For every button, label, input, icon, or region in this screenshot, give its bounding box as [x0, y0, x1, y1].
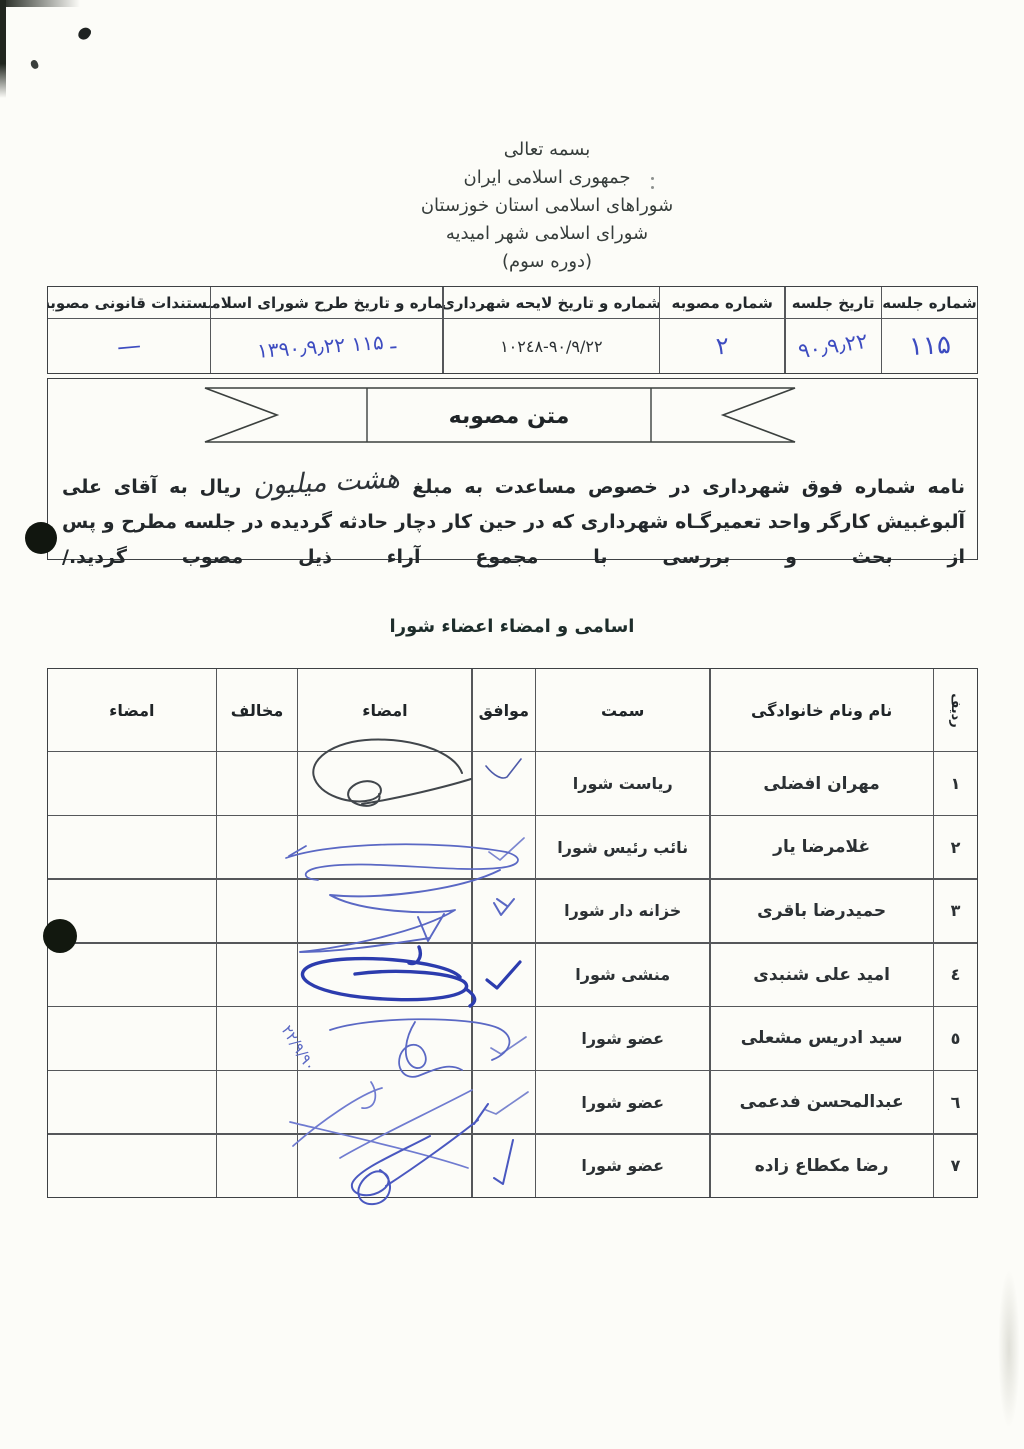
meta-value-text: ۱۳۹۰٫۹٫۲۲ ـ ۱۱۵ [257, 329, 397, 363]
members-table-title: اسامی و امضاء اعضاء شورا [0, 616, 1024, 637]
header-label: نام ونام خانوادگی [751, 701, 892, 720]
member-row-7-no: ۷ [934, 1135, 977, 1197]
member-row-4-sign [298, 944, 471, 1006]
member-row-6-name: عبدالمحسن فدعمی [711, 1071, 933, 1133]
members-header-vote: موافق [473, 669, 535, 751]
members-header-role: سمت [536, 669, 709, 751]
meta-header-0: شماره جلسه [882, 287, 977, 318]
member-row-3-name: حمیدرضا باقری [711, 880, 933, 942]
members-header-name: نام ونام خانوادگی [711, 669, 933, 751]
member-row-2-name: غلامرضا یار [711, 816, 933, 878]
member-row-6-no: ٦ [934, 1071, 977, 1133]
scan-speck [76, 25, 92, 42]
resolution-text: نامه شماره فوق شهرداری در خصوص مساعدت به… [62, 467, 965, 575]
letterhead-line-councils: شوراهای اسلامی استان خوزستان [292, 192, 802, 220]
meta-header-1: تاریخ جلسه [786, 287, 881, 318]
member-row-3-role: خزانه دار شورا [536, 880, 709, 942]
header-label: امضاء [109, 701, 154, 720]
meta-value-3: ٩٠/٩/٢٢-١٠٢٤٨ [444, 319, 659, 373]
meta-header-3: شماره و تاریخ لایحه شهرداری [444, 287, 659, 318]
members-header-oppose-sign: امضاء [48, 669, 216, 751]
member-row-3-oppose [217, 880, 297, 942]
member-row-7-role: عضو شورا [536, 1135, 709, 1197]
meta-value-text: ۱۱۵ [908, 330, 951, 362]
member-row-3-sign [298, 880, 471, 942]
member-row-7-vote [473, 1135, 535, 1197]
member-row-7-oppose-sign [48, 1135, 216, 1197]
member-row-2-oppose-sign [48, 816, 216, 878]
members-table: ردیفنام ونام خانوادگیسمتموافقامضاءمخالفا… [47, 668, 978, 1198]
member-row-3-vote [473, 880, 535, 942]
header-label: ردیف [948, 693, 963, 728]
member-row-5-role: عضو شورا [536, 1007, 709, 1069]
resolution-text-before: نامه شماره فوق شهرداری در خصوص مساعدت به… [412, 476, 965, 498]
member-row-5-name: سید ادریس مشعلی [711, 1007, 933, 1069]
meta-value-text: ٩٠/٩/٢٢-١٠٢٤٨ [500, 337, 603, 356]
meta-value-2: ۲ [660, 319, 784, 373]
member-row-4-no: ٤ [934, 944, 977, 1006]
header-label: امضاء [362, 701, 407, 720]
member-row-4-role: منشی شورا [536, 944, 709, 1006]
member-row-1-sign [298, 752, 471, 814]
handwritten-amount: هشت میلیون [240, 461, 413, 505]
member-row-6-sign [298, 1071, 471, 1133]
member-row-4-vote [473, 944, 535, 1006]
member-row-7-oppose [217, 1135, 297, 1197]
letterhead-line-basmala: بسمه تعالی [292, 136, 802, 164]
letterhead-line-city: شورای اسلامی شهر امیدیه [292, 220, 802, 248]
member-row-2-no: ۲ [934, 816, 977, 878]
member-row-4-oppose-sign [48, 944, 216, 1006]
member-row-3-oppose-sign [48, 880, 216, 942]
member-row-6-vote [473, 1071, 535, 1133]
scan-edge-top [0, 0, 80, 7]
member-row-4-oppose [217, 944, 297, 1006]
header-label: سمت [601, 701, 644, 720]
member-row-5-oppose-sign [48, 1007, 216, 1069]
meta-header-4: شماره و تاریخ طرح شورای اسلامی [211, 287, 442, 318]
member-row-5-sign [298, 1007, 471, 1069]
member-row-3-no: ۳ [934, 880, 977, 942]
member-row-2-oppose [217, 816, 297, 878]
letterhead-line-term: (دوره سوم) [292, 248, 802, 276]
member-row-4-name: امید علی شنبدی [711, 944, 933, 1006]
member-row-2-role: نائب رئیس شورا [536, 816, 709, 878]
member-row-1-no: ۱ [934, 752, 977, 814]
letterhead-line-republic: جمهوری اسلامی ایران [292, 164, 802, 192]
meta-header-2: شماره مصوبه [660, 287, 784, 318]
members-header-sign: امضاء [298, 669, 471, 751]
members-header-oppose: مخالف [217, 669, 297, 751]
resolution-text-box: متن مصوبه نامه شماره فوق شهرداری در خصوص… [47, 378, 978, 560]
member-row-6-oppose [217, 1071, 297, 1133]
meta-value-4: ۱۳۹۰٫۹٫۲۲ ـ ۱۱۵ [211, 319, 442, 373]
resolution-banner-title: متن مصوبه [449, 404, 570, 429]
meta-value-text: ۲ [715, 332, 730, 361]
member-row-5-no: ٥ [934, 1007, 977, 1069]
member-row-6-oppose-sign [48, 1071, 216, 1133]
member-row-1-role: ریاست شورا [536, 752, 709, 814]
scan-speck [30, 59, 40, 70]
member-row-2-sign [298, 816, 471, 878]
scanned-document-page: بسمه تعالی جمهوری اسلامی ایران شوراهای ا… [0, 0, 1024, 1449]
header-label: مخالف [231, 701, 284, 720]
document-letterhead: بسمه تعالی جمهوری اسلامی ایران شوراهای ا… [292, 136, 802, 276]
scan-smudge [998, 1269, 1020, 1429]
member-row-6-role: عضو شورا [536, 1071, 709, 1133]
meta-value-0: ۱۱۵ [882, 319, 977, 373]
meta-value-text: — [116, 331, 142, 361]
member-row-1-oppose [217, 752, 297, 814]
members-header-no: ردیف [934, 669, 977, 751]
member-row-1-name: مهران افضلی [711, 752, 933, 814]
member-row-5-vote [473, 1007, 535, 1069]
meta-value-5: — [48, 319, 210, 373]
member-row-1-vote [473, 752, 535, 814]
member-row-1-oppose-sign [48, 752, 216, 814]
meta-header-5: مستندات قانونی مصوبه [48, 287, 210, 318]
meta-table: شماره جلسهتاریخ جلسهشماره مصوبهشماره و ت… [47, 286, 978, 374]
member-row-2-vote [473, 816, 535, 878]
resolution-banner-ribbon: متن مصوبه [204, 385, 796, 445]
meta-value-text: ۹۰٫۹٫۲۲ [797, 329, 870, 364]
member-row-7-name: رضا مکطاع زاده [711, 1135, 933, 1197]
scan-edge-left [0, 0, 6, 98]
meta-value-1: ۹۰٫۹٫۲۲ [786, 319, 881, 373]
header-label: موافق [479, 701, 529, 720]
member-row-7-sign [298, 1135, 471, 1197]
